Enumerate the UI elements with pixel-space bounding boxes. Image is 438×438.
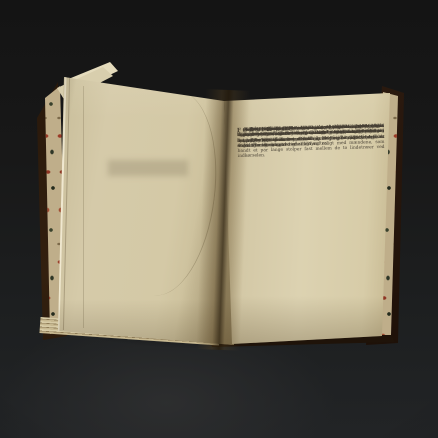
body-paragraph: — I stilhed. Ja, goddag ha! Den snak ken… (237, 124, 385, 149)
book-photograph: FØRSTE BOG I Det var en mild sommerdag i… (0, 0, 438, 438)
